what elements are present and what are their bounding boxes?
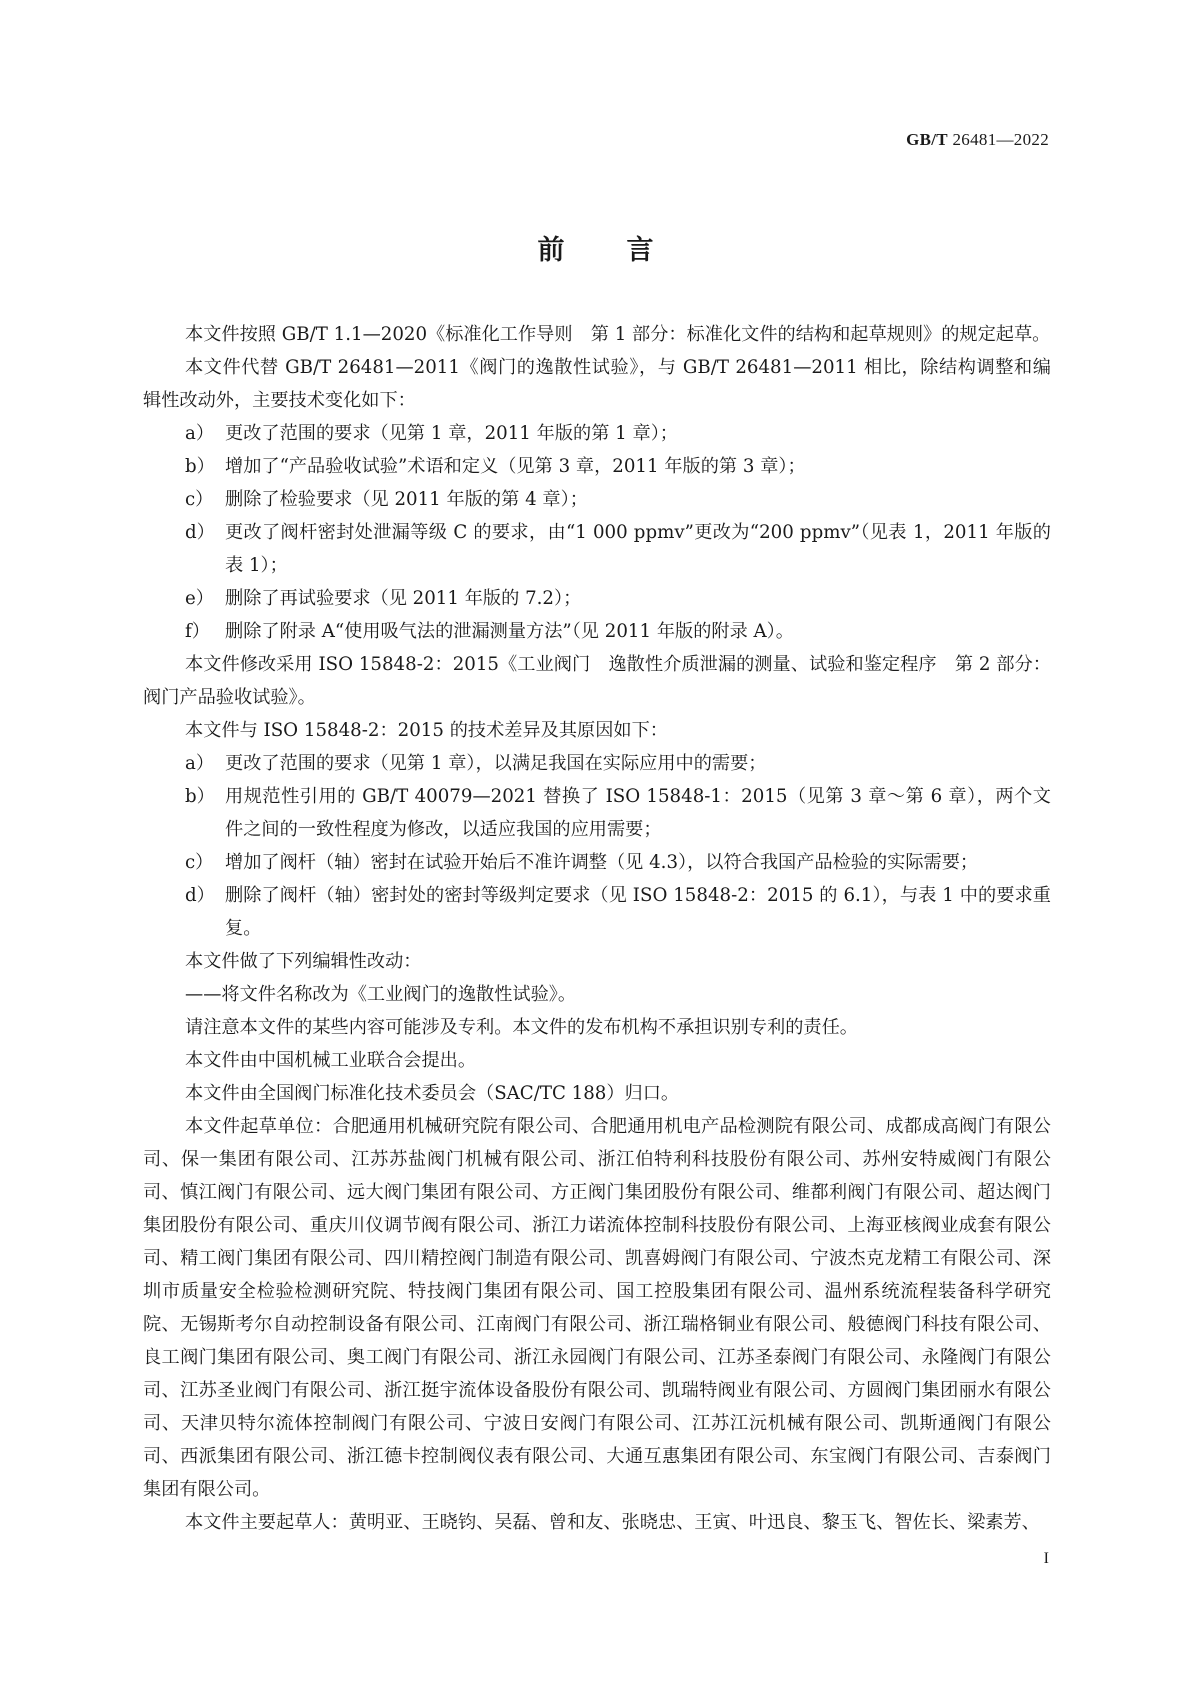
list-label: c） (185, 846, 213, 879)
paragraph-drafting-rule: 本文件按照 GB/T 1.1—2020《标准化工作导则 第 1 部分：标准化文件… (143, 318, 1051, 351)
list-item: c）删除了检验要求（见 2011 年版的第 4 章）； (143, 483, 1051, 516)
list-label: b） (185, 780, 215, 813)
page-number: I (1044, 1550, 1049, 1568)
standard-code: GB/T 26481—2022 (906, 130, 1049, 150)
list-label: c） (185, 483, 213, 516)
list-item: d）更改了阀杆密封处泄漏等级 C 的要求，由“1 000 ppmv”更改为“20… (143, 516, 1051, 582)
list-item: b）用规范性引用的 GB/T 40079—2021 替换了 ISO 15848-… (143, 780, 1051, 846)
list-text: 删除了检验要求（见 2011 年版的第 4 章）； (225, 489, 588, 510)
list-label: d） (185, 516, 215, 549)
list-text: 删除了附录 A“使用吸气法的泄漏测量方法”（见 2011 年版的附录 A）。 (225, 621, 794, 642)
standard-number: 26481—2022 (953, 130, 1050, 149)
list-text: 更改了范围的要求（见第 1 章），以满足我国在实际应用中的需要； (225, 753, 766, 774)
list-item: f）删除了附录 A“使用吸气法的泄漏测量方法”（见 2011 年版的附录 A）。 (143, 615, 1051, 648)
paragraph-drafters: 本文件主要起草人：黄明亚、王晓钧、吴磊、曾和友、张晓忠、王寅、叶迅良、黎玉飞、智… (143, 1506, 1051, 1539)
list-item: b）增加了“产品验收试验”术语和定义（见第 3 章，2011 年版的第 3 章）… (143, 450, 1051, 483)
list-text: 增加了“产品验收试验”术语和定义（见第 3 章，2011 年版的第 3 章）； (225, 456, 806, 477)
list-item: e）删除了再试验要求（见 2011 年版的 7.2）； (143, 582, 1051, 615)
list-text: 增加了阀杆（轴）密封在试验开始后不准许调整（见 4.3），以符合我国产品检验的实… (225, 852, 978, 873)
list-text: 用规范性引用的 GB/T 40079—2021 替换了 ISO 15848-1：… (225, 786, 1051, 840)
list-text: 删除了再试验要求（见 2011 年版的 7.2）； (225, 588, 581, 609)
list-label: a） (185, 747, 214, 780)
paragraph-patent-notice: 请注意本文件的某些内容可能涉及专利。本文件的发布机构不承担识别专利的责任。 (143, 1011, 1051, 1044)
paragraph-replacement: 本文件代替 GB/T 26481—2011《阀门的逸散性试验》，与 GB/T 2… (143, 351, 1051, 417)
list-text: 更改了范围的要求（见第 1 章，2011 年版的第 1 章）； (225, 423, 678, 444)
paragraph-committee: 本文件由全国阀门标准化技术委员会（SAC/TC 188）归口。 (143, 1077, 1051, 1110)
paragraph-drafting-units: 本文件起草单位：合肥通用机械研究院有限公司、合肥通用机电产品检测院有限公司、成都… (143, 1110, 1051, 1506)
technical-differences-list: a）更改了范围的要求（见第 1 章），以满足我国在实际应用中的需要； b）用规范… (143, 747, 1051, 945)
technical-changes-list: a）更改了范围的要求（见第 1 章，2011 年版的第 1 章）； b）增加了“… (143, 417, 1051, 648)
list-label: b） (185, 450, 215, 483)
page-title: 前言 (0, 228, 1191, 267)
paragraph-differences-intro: 本文件与 ISO 15848-2：2015 的技术差异及其原因如下： (143, 714, 1051, 747)
paragraph-proposer: 本文件由中国机械工业联合会提出。 (143, 1044, 1051, 1077)
editorial-change-item: ——将文件名称改为《工业阀门的逸散性试验》。 (143, 978, 1051, 1011)
list-label: e） (185, 582, 214, 615)
list-label: f） (185, 615, 210, 648)
list-item: c）增加了阀杆（轴）密封在试验开始后不准许调整（见 4.3），以符合我国产品检验… (143, 846, 1051, 879)
paragraph-editorial-intro: 本文件做了下列编辑性改动： (143, 945, 1051, 978)
list-label: a） (185, 417, 214, 450)
paragraph-adoption: 本文件修改采用 ISO 15848-2：2015《工业阀门 逸散性介质泄漏的测量… (143, 648, 1051, 714)
list-item: a）更改了范围的要求（见第 1 章），以满足我国在实际应用中的需要； (143, 747, 1051, 780)
standard-prefix: GB/T (906, 130, 948, 149)
list-label: d） (185, 879, 215, 912)
list-text: 更改了阀杆密封处泄漏等级 C 的要求，由“1 000 ppmv”更改为“200 … (225, 522, 1051, 576)
foreword-body: 本文件按照 GB/T 1.1—2020《标准化工作导则 第 1 部分：标准化文件… (143, 318, 1051, 1539)
list-item: d）删除了阀杆（轴）密封处的密封等级判定要求（见 ISO 15848-2：201… (143, 879, 1051, 945)
list-item: a）更改了范围的要求（见第 1 章，2011 年版的第 1 章）； (143, 417, 1051, 450)
list-text: 删除了阀杆（轴）密封处的密封等级判定要求（见 ISO 15848-2：2015 … (225, 885, 1051, 939)
